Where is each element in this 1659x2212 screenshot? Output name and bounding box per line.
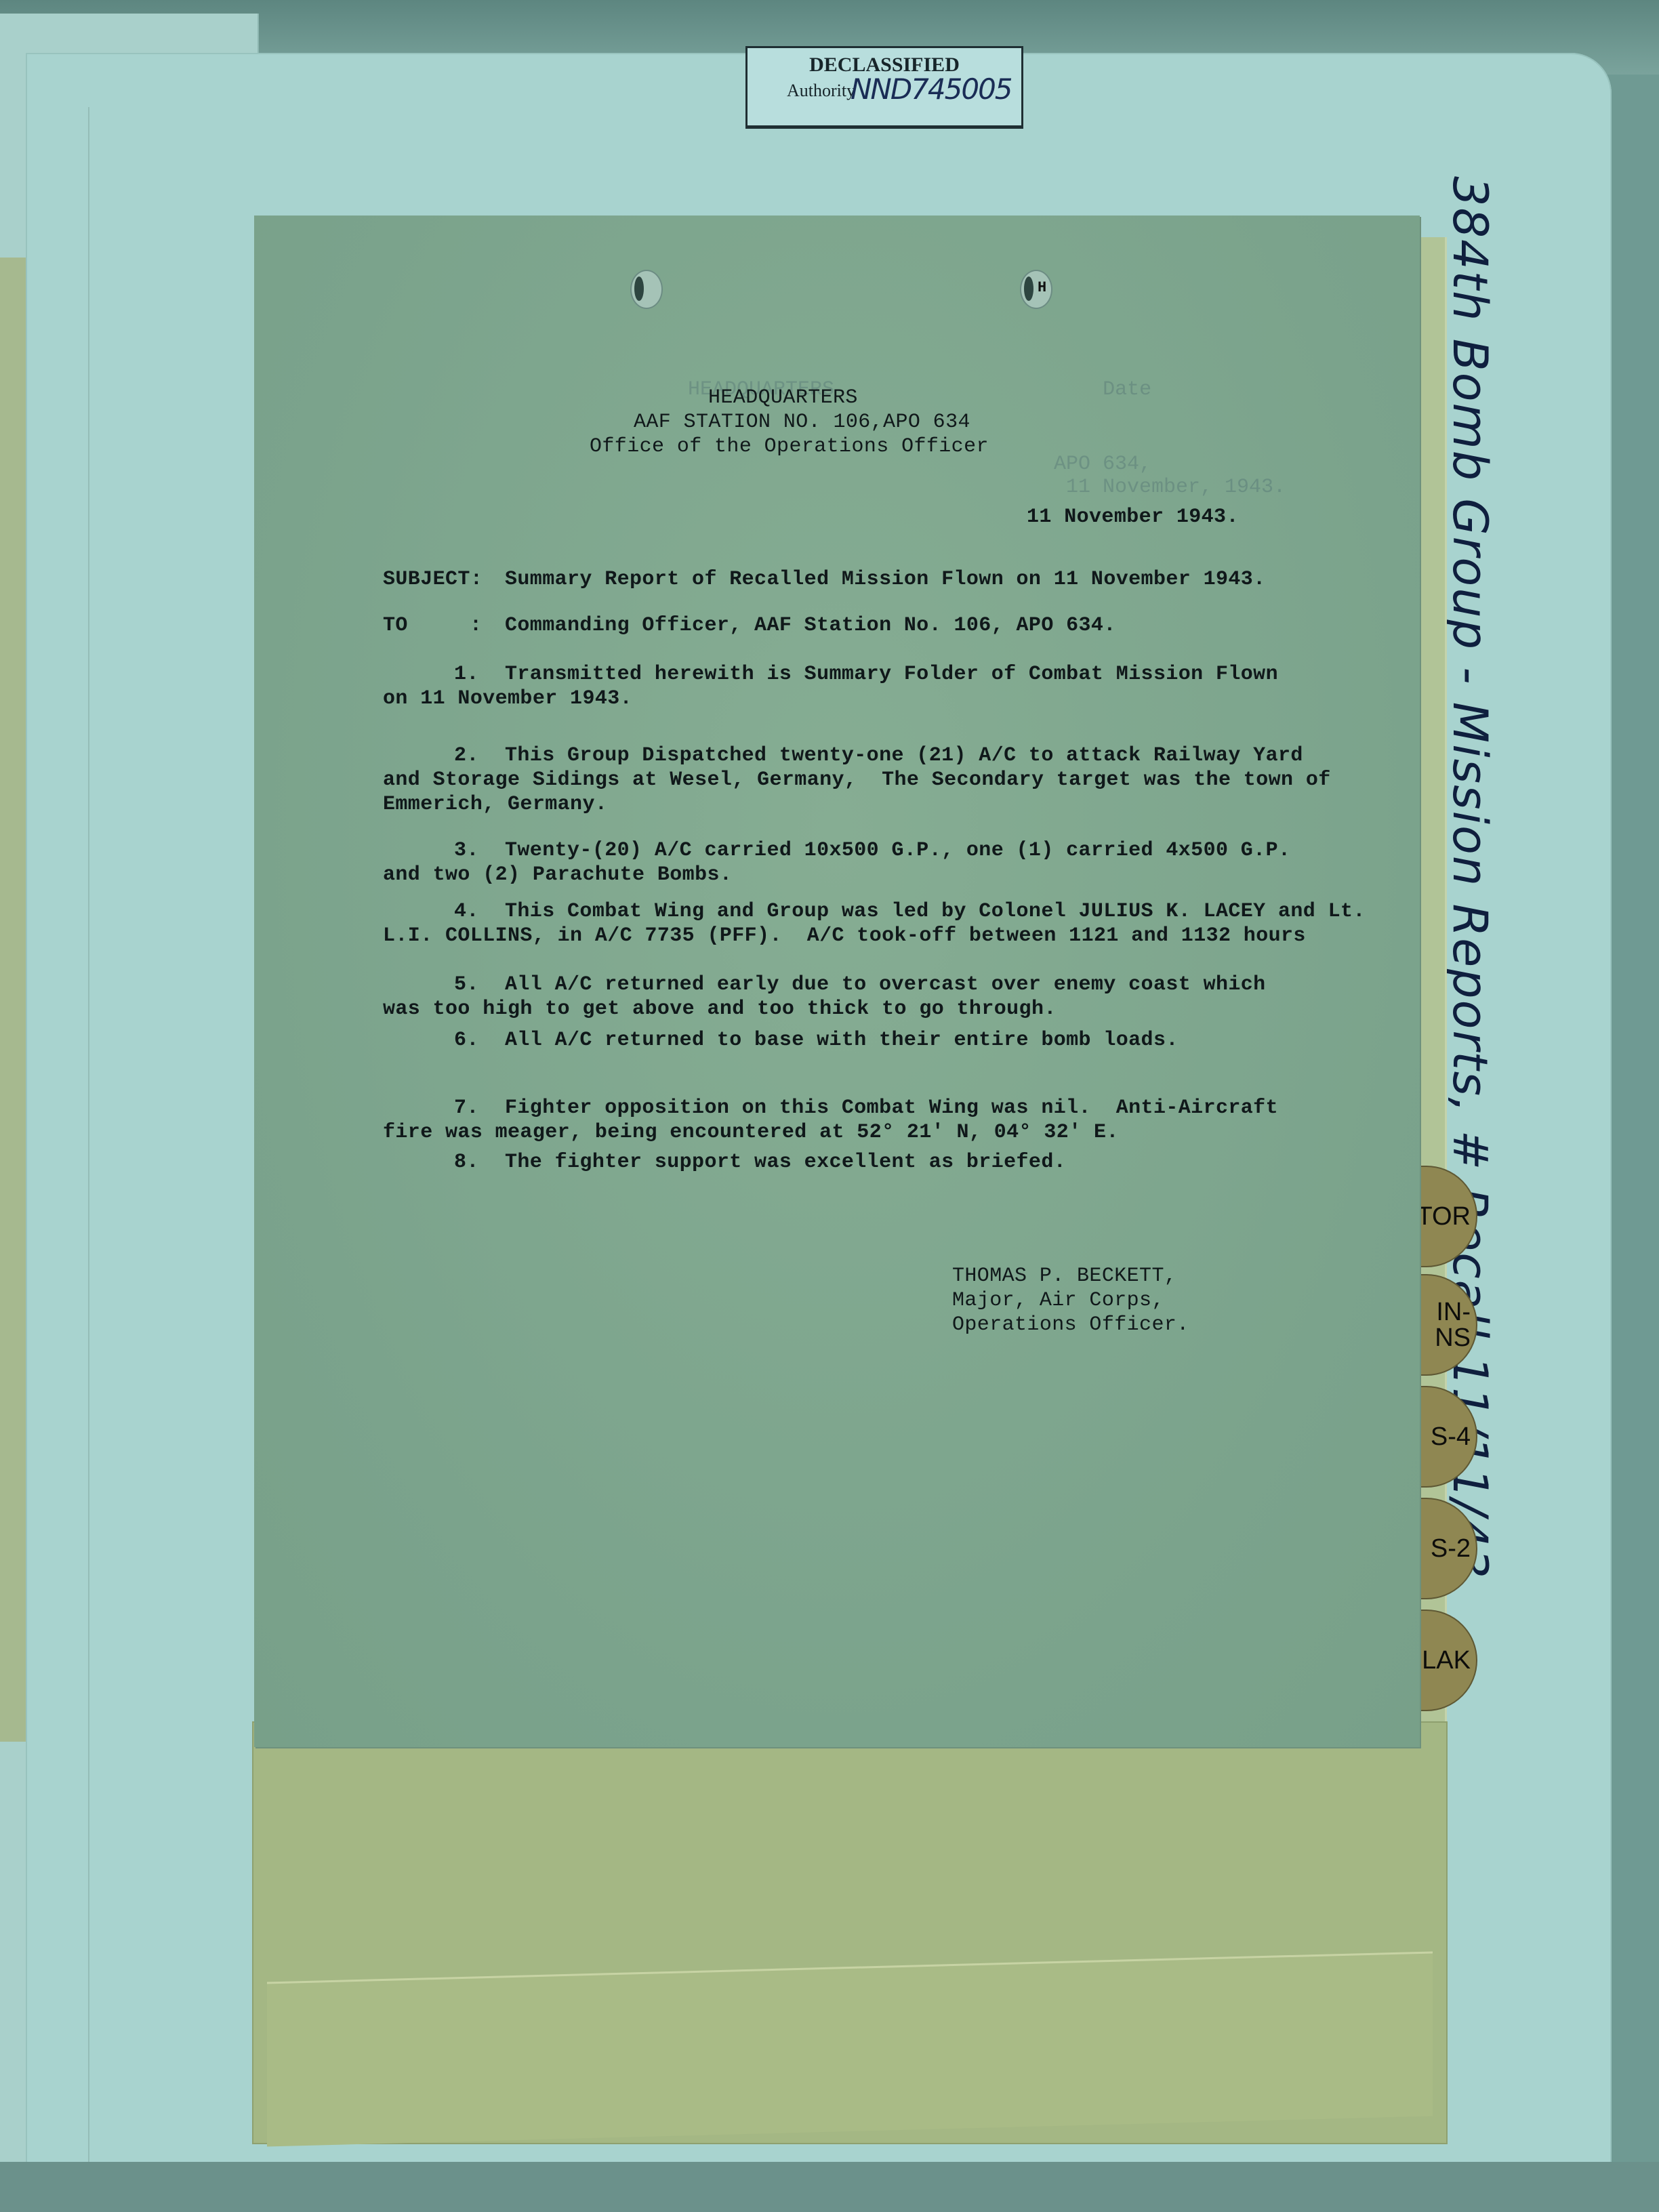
paragraph-first-line: All A/C returned to base with their enti… [505,1029,1179,1052]
bleed-through-text: APO 634, 11 November, 1943. [1054,453,1286,499]
header-line-1: HEADQUARTERS [708,386,858,409]
paragraph-number: 1. [454,663,479,686]
paragraph-first-line: All A/C returned early due to overcast o… [505,973,1266,996]
header-line-2: AAF STATION NO. 106,APO 634 [634,411,970,434]
document-page: H HEADQUARTERS Date APO 634, 11 November… [254,216,1420,1747]
declassified-stamp: DECLASSIFIED Authority NND745005 [745,46,1023,129]
paragraph-first-line: This Group Dispatched twenty-one (21) A/… [505,744,1303,767]
subject-text: Summary Report of Recalled Mission Flown… [505,568,1266,591]
to-text: Commanding Officer, AAF Station No. 106,… [505,614,1116,637]
signature-name: THOMAS P. BECKETT, [952,1265,1176,1288]
paragraph-line: and Storage Sidings at Wesel, Germany, T… [383,769,1331,792]
paragraph-first-line: Fighter opposition on this Combat Wing w… [505,1097,1278,1120]
paragraph-first-line: This Combat Wing and Group was led by Co… [505,900,1366,923]
document-date: 11 November 1943. [1027,506,1239,529]
punch-hole-icon: H [1020,270,1052,309]
paragraph-number: 4. [454,900,479,923]
table-surface [0,2162,1659,2212]
paragraph-number: 3. [454,839,479,862]
subject-label: SUBJECT: [383,568,483,591]
folded-sheet [267,1951,1433,2146]
paragraph-number: 2. [454,744,479,767]
paragraph-number: 6. [454,1029,479,1052]
signature-title: Operations Officer. [952,1313,1189,1336]
paragraph-line: and two (2) Parachute Bombs. [383,863,732,886]
paragraph-first-line: Twenty-(20) A/C carried 10x500 G.P., one… [505,839,1290,862]
paragraph-first-line: The fighter support was excellent as bri… [505,1151,1066,1174]
paragraph-number: 7. [454,1097,479,1120]
paragraph-first-line: Transmitted herewith is Summary Folder o… [505,663,1278,686]
stamp-authority-label: Authority [787,81,855,101]
folder-crease [88,107,89,2194]
header-line-3: Office of the Operations Officer [590,435,989,458]
stamp-authority-value: NND745005 [851,73,1012,106]
to-separator: : [470,614,482,637]
paragraph-number: 8. [454,1151,479,1174]
paragraph-line: on 11 November 1943. [383,687,632,710]
paragraph-line: Emmerich, Germany. [383,793,607,816]
to-label: TO [383,614,408,637]
underlying-pages [252,1721,1448,2144]
signature-rank: Major, Air Corps, [952,1289,1164,1312]
punch-hole-icon [630,270,663,309]
paragraph-line: L.I. COLLINS, in A/C 7735 (PFF). A/C too… [383,924,1306,947]
paragraph-number: 5. [454,973,479,996]
paragraph-line: was too high to get above and too thick … [383,998,1057,1021]
paragraph-line: fire was meager, being encountered at 52… [383,1121,1119,1144]
